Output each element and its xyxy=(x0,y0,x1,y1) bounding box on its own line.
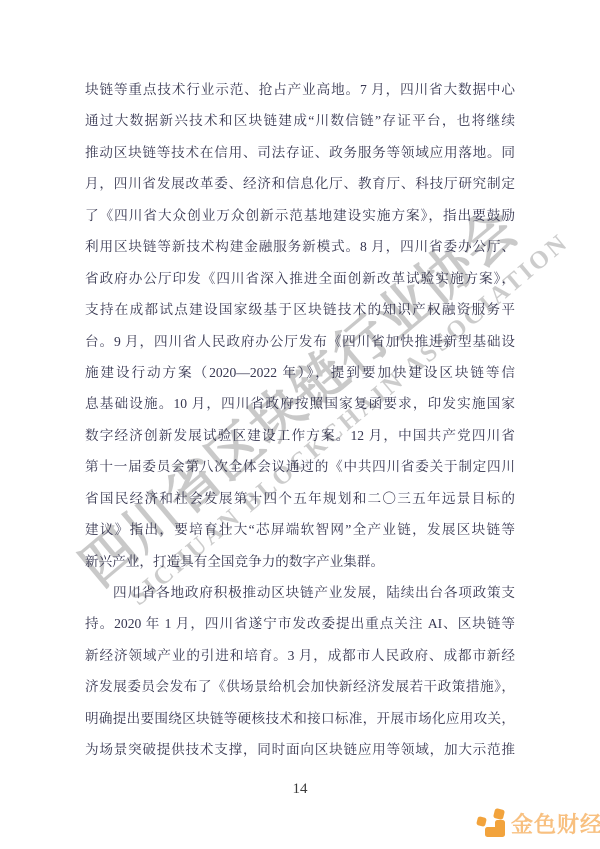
text-line: 省政府办公厅印发《四川省深入推进全面创新改革试验实施方案》， xyxy=(85,263,515,294)
text-line: 施建设行动方案（2020—2022 年）》，提到要加快建设区块链等信 xyxy=(85,357,515,388)
text-line: 省国民经济和社会发展第十四个五年规划和二〇三五年远景目标的 xyxy=(85,483,515,514)
page-number: 14 xyxy=(0,781,600,798)
text-line: 新经济领域产业的引进和培育。3 月，成都市人民政府、成都市新经 xyxy=(85,640,515,671)
text-line: 为场景突破提供技术支撑，同时面向区块链应用等领域，加大示范推 xyxy=(85,734,515,765)
jinse-bracket-icon xyxy=(477,808,506,839)
text-line: 建议》指出，要培育壮大“芯屏端软智网”全产业链，发展区块链等 xyxy=(85,514,515,545)
text-line: 支持在成都试点建设国家级基于区块链技术的知识产权融资服务平 xyxy=(85,294,515,325)
icon-left-dot xyxy=(476,816,487,827)
text-line: 第十一届委员会第八次全体会议通过的《中共四川省委关于制定四川 xyxy=(85,451,515,482)
text-line: 数字经济创新发展试验区建设工作方案。12 月，中国共产党四川省 xyxy=(85,420,515,451)
icon-foot-bar xyxy=(485,827,505,837)
document-page: 四川省区块链行业协会 SICHUAN BLOCKCHAIN ASSOCIATIO… xyxy=(0,0,600,849)
jinse-logo-text: 金色财经 xyxy=(511,808,600,839)
text-line: 持。2020 年 1 月，四川省遂宁市发改委提出重点关注 AI、区块链等 xyxy=(85,608,515,639)
text-line: 通过大数据新兴技术和区块链建成“川数信链”存证平台，也将继续 xyxy=(85,105,515,136)
text-line: 新兴产业，打造具有全国竞争力的数字产业集群。 xyxy=(85,546,515,577)
text-line: 台。9 月，四川省人民政府办公厅发布《四川省加快推进新型基础设 xyxy=(85,326,515,357)
body-text: 块链等重点技术行业示范、抢占产业高地。7 月，四川省大数据中心通过大数据新兴技术… xyxy=(85,74,515,766)
text-line: 明确提出要围绕区块链等硬核技术和接口标准，开展市场化应用攻关， xyxy=(85,703,515,734)
icon-top-dot xyxy=(493,807,505,819)
text-line: 息基础设施。10 月，四川省政府按照国家复函要求，印发实施国家 xyxy=(85,388,515,419)
text-line: 推动区块链等技术在信用、司法存证、政务服务等领域应用落地。同 xyxy=(85,137,515,168)
text-line: 了《四川省大众创业万众创新示范基地建设实施方案》，指出要鼓励 xyxy=(85,200,515,231)
jinse-finance-logo: 金色财经 xyxy=(477,806,595,840)
text-line: 块链等重点技术行业示范、抢占产业高地。7 月，四川省大数据中心 xyxy=(85,74,515,105)
text-line: 利用区块链等新技术构建金融服务新模式。8 月，四川省委办公厅、 xyxy=(85,231,515,262)
text-line: 四川省各地政府积极推动区块链产业发展，陆续出台各项政策支 xyxy=(85,577,515,608)
text-line: 月，四川省发展改革委、经济和信息化厅、教育厅、科技厅研究制定 xyxy=(85,168,515,199)
text-line: 济发展委员会发布了《供场景给机会加快新经济发展若干政策措施》， xyxy=(85,671,515,702)
